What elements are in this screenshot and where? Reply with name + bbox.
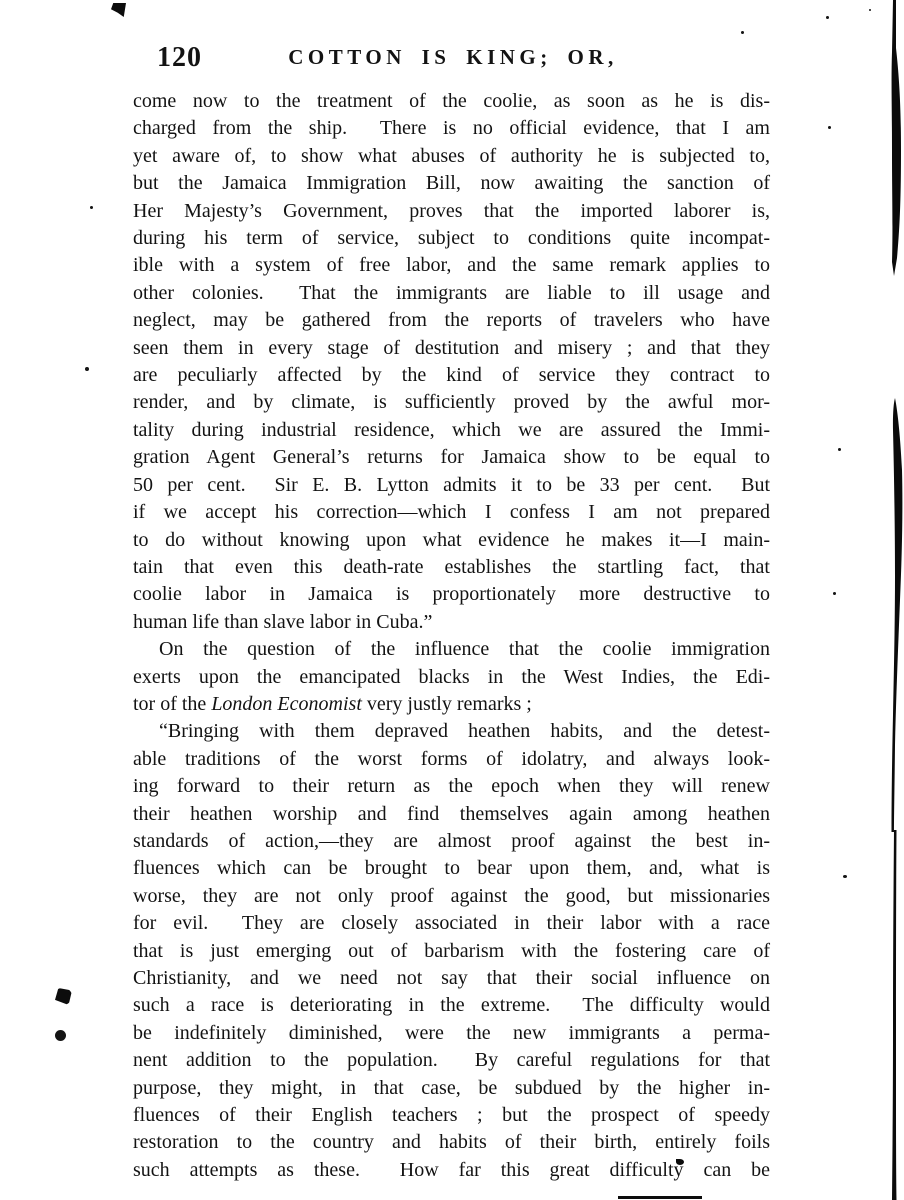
body-text: come now to the treatment of the coolie,… [133, 88, 770, 1184]
paragraph: On the question of the influence that th… [133, 636, 770, 718]
text-line: On the question of the influence that th… [133, 636, 770, 663]
text-line: render, and by climate, is sufficiently … [133, 389, 770, 416]
text-line: tor of the London Economist very justly … [133, 691, 770, 718]
text-line: charged from the ship. There is no offic… [133, 115, 770, 142]
paragraph: come now to the treatment of the coolie,… [133, 88, 770, 636]
scan-artifact-ink-blot [111, 3, 126, 17]
text-line: 50 per cent. Sir E. B. Lytton admits it … [133, 472, 770, 499]
text-line: are peculiarly affected by the kind of s… [133, 362, 770, 389]
text-line: during his term of service, subject to c… [133, 225, 770, 252]
scan-artifact-ink-dot [843, 875, 847, 878]
text-line: human life than slave labor in Cuba.” [133, 609, 770, 636]
text-line: such a race is deteriorating in the extr… [133, 992, 770, 1019]
text-line: yet aware of, to show what abuses of aut… [133, 143, 770, 170]
text-line: that is just emerging out of barbarism w… [133, 938, 770, 965]
text-line: neglect, may be gathered from the report… [133, 307, 770, 334]
scan-artifact-ink-dot [85, 367, 89, 371]
scan-artifact-ink-dot [55, 1030, 66, 1041]
text-line: coolie labor in Jamaica is proportionate… [133, 581, 770, 608]
text-line: nent addition to the population. By care… [133, 1047, 770, 1074]
scan-artifact-right-gutter [880, 0, 904, 1200]
text-line: such attempts as these. How far this gre… [133, 1157, 770, 1184]
text-line: their heathen worship and find themselve… [133, 801, 770, 828]
text-line: Her Majesty’s Government, proves that th… [133, 198, 770, 225]
scan-artifact-ink-blot [55, 988, 72, 1005]
text-line: to do without knowing upon what evidence… [133, 527, 770, 554]
text-line: tality during industrial residence, whic… [133, 417, 770, 444]
text-line: for evil. They are closely associated in… [133, 910, 770, 937]
text-line: standards of action,—they are almost pro… [133, 828, 770, 855]
text-line: ible with a system of free labor, and th… [133, 252, 770, 279]
text-line: restoration to the country and habits of… [133, 1129, 770, 1156]
text-line: gration Agent General’s returns for Jama… [133, 444, 770, 471]
scan-artifact-ink-dot [838, 448, 841, 451]
text-line: able traditions of the worst forms of id… [133, 746, 770, 773]
text-line: ing forward to their return as the epoch… [133, 773, 770, 800]
scan-artifact-ink-dot [741, 31, 744, 34]
scan-artifact-ink-dot [826, 16, 829, 19]
text-line: fluences which can be brought to bear up… [133, 855, 770, 882]
text-line: be indefinitely diminished, were the new… [133, 1020, 770, 1047]
text-line: tain that even this death-rate establish… [133, 554, 770, 581]
scan-artifact-ink-dot [833, 592, 836, 595]
text-line: “Bringing with them depraved heathen hab… [133, 718, 770, 745]
text-line: exerts upon the emancipated blacks in th… [133, 664, 770, 691]
scan-artifact-ink-dot [90, 206, 93, 209]
text-line: seen them in every stage of destitution … [133, 335, 770, 362]
text-line: fluences of their English teachers ; but… [133, 1102, 770, 1129]
text-line: if we accept his correction—which I conf… [133, 499, 770, 526]
scanned-book-page: 120 COTTON IS KING; OR, come now to the … [0, 0, 904, 1200]
running-title: COTTON IS KING; OR, [133, 45, 773, 70]
page-header: 120 COTTON IS KING; OR, [133, 42, 773, 76]
paragraph: “Bringing with them depraved heathen hab… [133, 718, 770, 1184]
text-line: purpose, they might, in that case, be su… [133, 1075, 770, 1102]
scan-artifact-ink-dot [828, 126, 831, 129]
text-line: worse, they are not only proof against t… [133, 883, 770, 910]
text-line: but the Jamaica Immigration Bill, now aw… [133, 170, 770, 197]
text-line: Christianity, and we need not say that t… [133, 965, 770, 992]
text-line: come now to the treatment of the coolie,… [133, 88, 770, 115]
text-line: other colonies. That the immigrants are … [133, 280, 770, 307]
scan-artifact-ink-dot [869, 9, 871, 11]
scan-artifact-bottom-edge-line [618, 1196, 702, 1199]
